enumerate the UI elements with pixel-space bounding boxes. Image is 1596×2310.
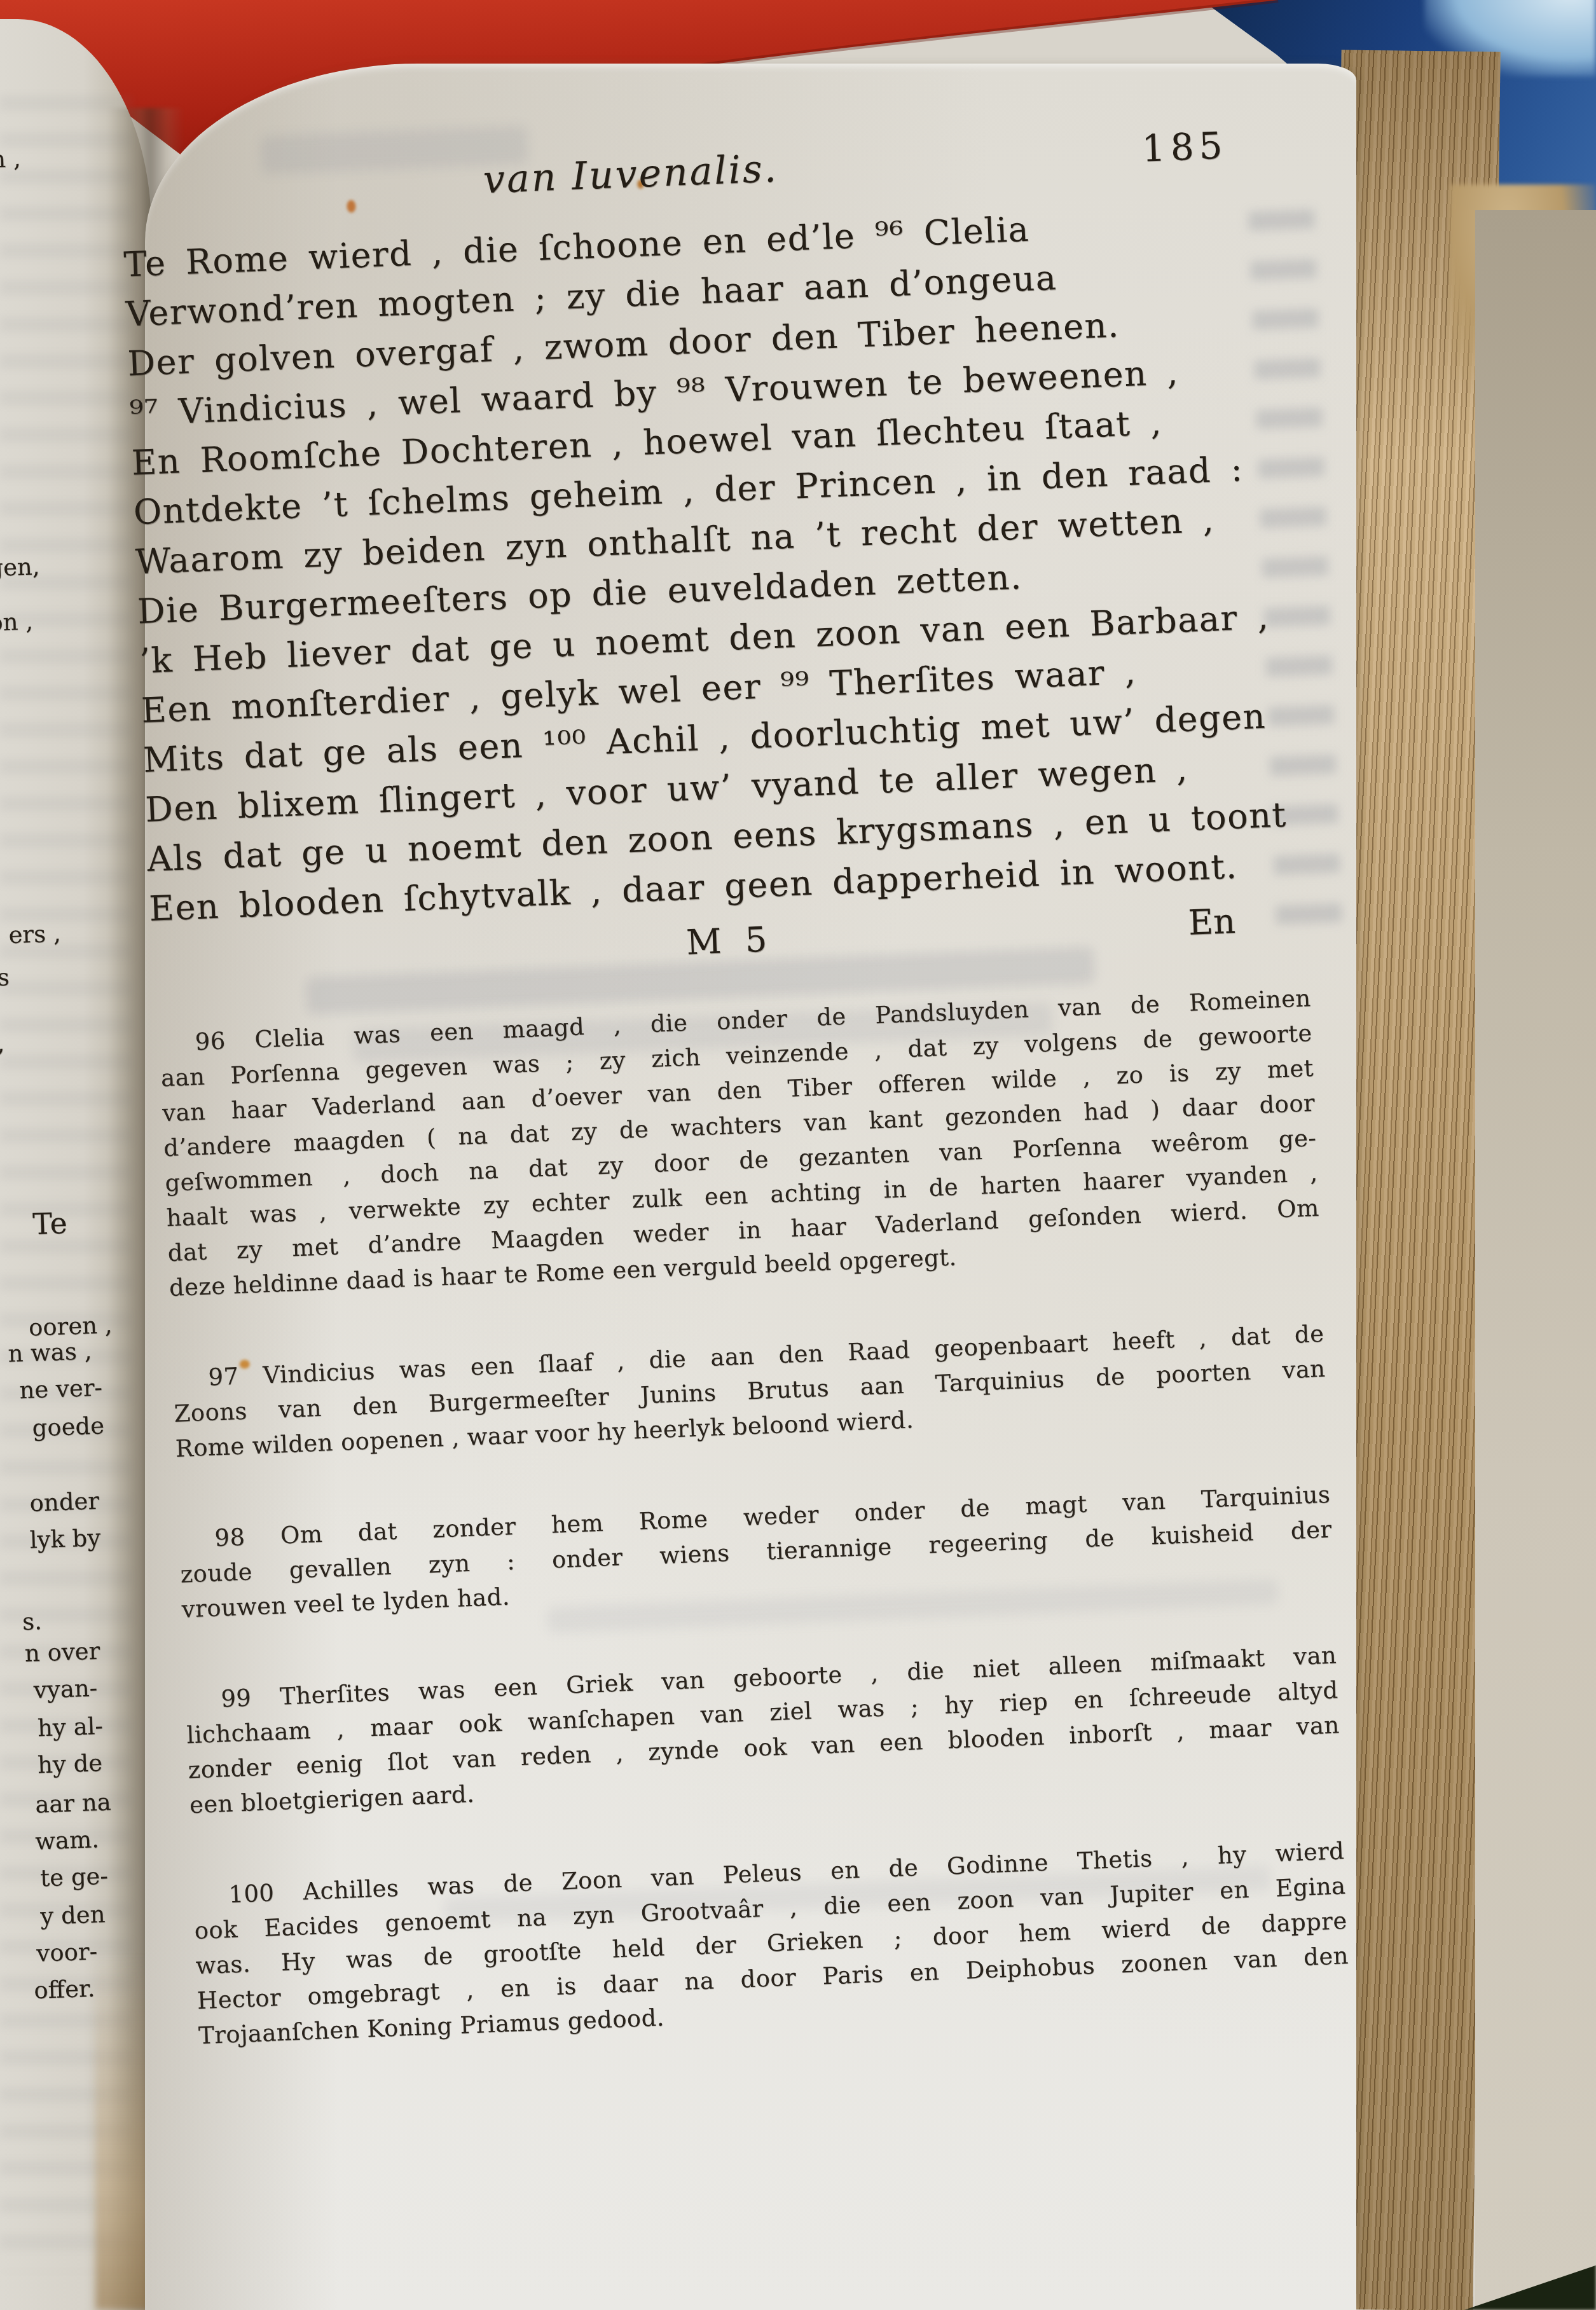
facing-page-line-fragment: hy de xyxy=(37,1749,103,1779)
facing-page-line-fragment: hy al- xyxy=(37,1712,103,1742)
facing-page-line-fragment: wam. xyxy=(34,1825,99,1855)
facing-page-line-fragment: y den xyxy=(40,1901,106,1930)
facing-page-line-fragment: on , xyxy=(0,608,34,636)
facing-page-line-fragment: gen, xyxy=(0,553,40,582)
facing-page-line-fragment: n over xyxy=(24,1637,100,1667)
facing-page-line-fragment: onder xyxy=(29,1487,100,1517)
footnote-100: 100 Achilles was de Zoon van Peleus en d… xyxy=(192,1833,1350,2053)
facing-page-line-fragment: lyk by xyxy=(29,1524,101,1554)
footnote-98: 98 Om dat zonder hem Rome weder onder de… xyxy=(178,1477,1333,1627)
facing-page-line-fragment: te ge- xyxy=(40,1862,109,1892)
page-number: 185 xyxy=(1141,123,1228,170)
page-content: van Iuvenalis. 185 Te Rome wierd , die ſ… xyxy=(104,18,1403,2310)
facing-page-line-fragment: ers , xyxy=(8,919,62,949)
facing-page-line-fragment: goede xyxy=(32,1412,105,1442)
book-photo: on ,:gen,on ,’ers ,s,Teooren ,n was ,ne … xyxy=(0,0,1596,2310)
facing-page-line-fragment: ne ver- xyxy=(19,1374,103,1405)
facing-page-line-fragment: n was , xyxy=(8,1337,92,1368)
footnote-96: 96 Clelia was een maagd , die onder de P… xyxy=(159,980,1321,1305)
book-page-recto: van Iuvenalis. 185 Te Rome wierd , die ſ… xyxy=(145,64,1356,2310)
book-board-edge xyxy=(1475,210,1596,2310)
facing-page-line-fragment: vyan- xyxy=(33,1674,98,1703)
poem-block: Te Rome wierd , die ſchoone en ed’le ⁹⁶ … xyxy=(123,198,1332,938)
facing-page-line-fragment: , xyxy=(0,1030,5,1057)
facing-page-line-fragment: offer. xyxy=(34,1975,95,2004)
signature-mark: M 5 xyxy=(685,919,774,962)
facing-page-line-fragment: s. xyxy=(22,1607,42,1635)
footnote-97: 97 Vindicius was een ſlaaf , die aan den… xyxy=(172,1316,1328,1466)
facing-page-line-fragment: aar na xyxy=(34,1789,111,1818)
facing-page-line-fragment: ooren , xyxy=(28,1311,113,1342)
facing-page-line-fragment: Te xyxy=(32,1206,67,1241)
footnote-99: 99 Therſites was een Griek van geboorte … xyxy=(184,1637,1341,1822)
facing-page-line-fragment: voor- xyxy=(36,1937,98,1967)
catchword: En xyxy=(1187,901,1236,943)
facing-page-line-fragment: on , xyxy=(0,145,21,174)
paper-stain xyxy=(347,200,356,213)
footnotes-block: 96 Clelia was een maagd , die onder de P… xyxy=(159,980,1353,2109)
facing-page-line-fragment: s xyxy=(0,963,10,991)
